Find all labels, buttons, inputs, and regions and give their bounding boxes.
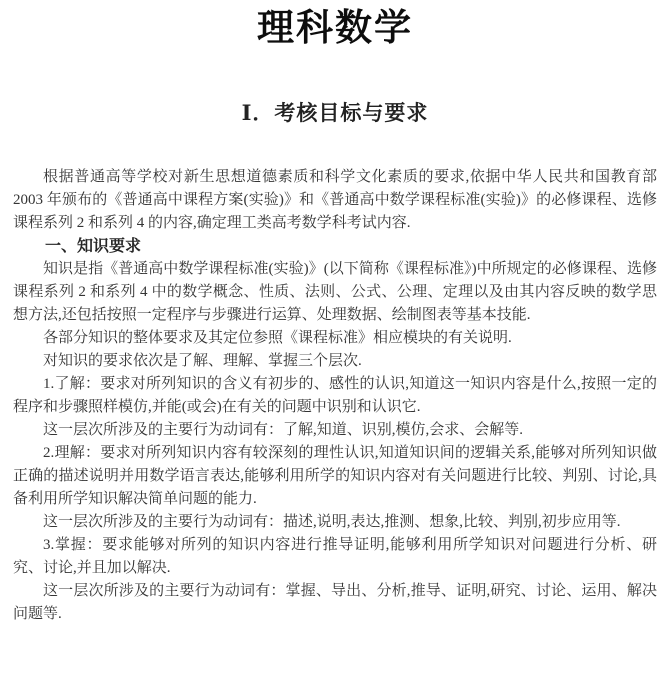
paragraph-overall-requirement: 各部分知识的整体要求及其定位参照《课程标准》相应模块的有关说明. bbox=[13, 327, 657, 350]
document-title: 理科数学 bbox=[13, 0, 657, 52]
paragraph-level2-lijie: 2.理解：要求对所列知识内容有较深刻的理性认识,知道知识间的逻辑关系,能够对所列… bbox=[13, 442, 657, 511]
paragraph-knowledge-definition: 知识是指《普通高中数学课程标准(实验)》(以下简称《课程标准》)中所规定的必修课… bbox=[13, 258, 657, 327]
paragraph-level3-verbs: 这一层次所涉及的主要行为动词有：掌握、导出、分析,推导、证明,研究、讨论、运用、… bbox=[13, 580, 657, 626]
subheading-knowledge-requirement: 一、知识要求 bbox=[13, 235, 657, 258]
paragraph-level1-verbs: 这一层次所涉及的主要行为动词有：了解,知道、识别,模仿,会求、会解等. bbox=[13, 419, 657, 442]
paragraph-level3-zhangwo: 3.掌握：要求能够对所列的知识内容进行推导证明,能够利用所学知识对问题进行分析、… bbox=[13, 534, 657, 580]
document-page: 理科数学 Ⅰ．考核目标与要求 根据普通高等学校对新生思想道德素质和科学文化素质的… bbox=[0, 0, 670, 684]
section-heading: Ⅰ．考核目标与要求 bbox=[13, 100, 657, 126]
paragraph-three-levels: 对知识的要求依次是了解、理解、掌握三个层次. bbox=[13, 350, 657, 373]
paragraph-level1-liaojie: 1.了解：要求对所列知识的含义有初步的、感性的认识,知道这一知识内容是什么,按照… bbox=[13, 373, 657, 419]
document-body: 根据普通高等学校对新生思想道德素质和科学文化素质的要求,依据中华人民共和国教育部… bbox=[13, 166, 657, 626]
paragraph-level2-verbs: 这一层次所涉及的主要行为动词有：描述,说明,表达,推测、想象,比较、判别,初步应… bbox=[13, 511, 657, 534]
paragraph-intro: 根据普通高等学校对新生思想道德素质和科学文化素质的要求,依据中华人民共和国教育部… bbox=[13, 166, 657, 235]
